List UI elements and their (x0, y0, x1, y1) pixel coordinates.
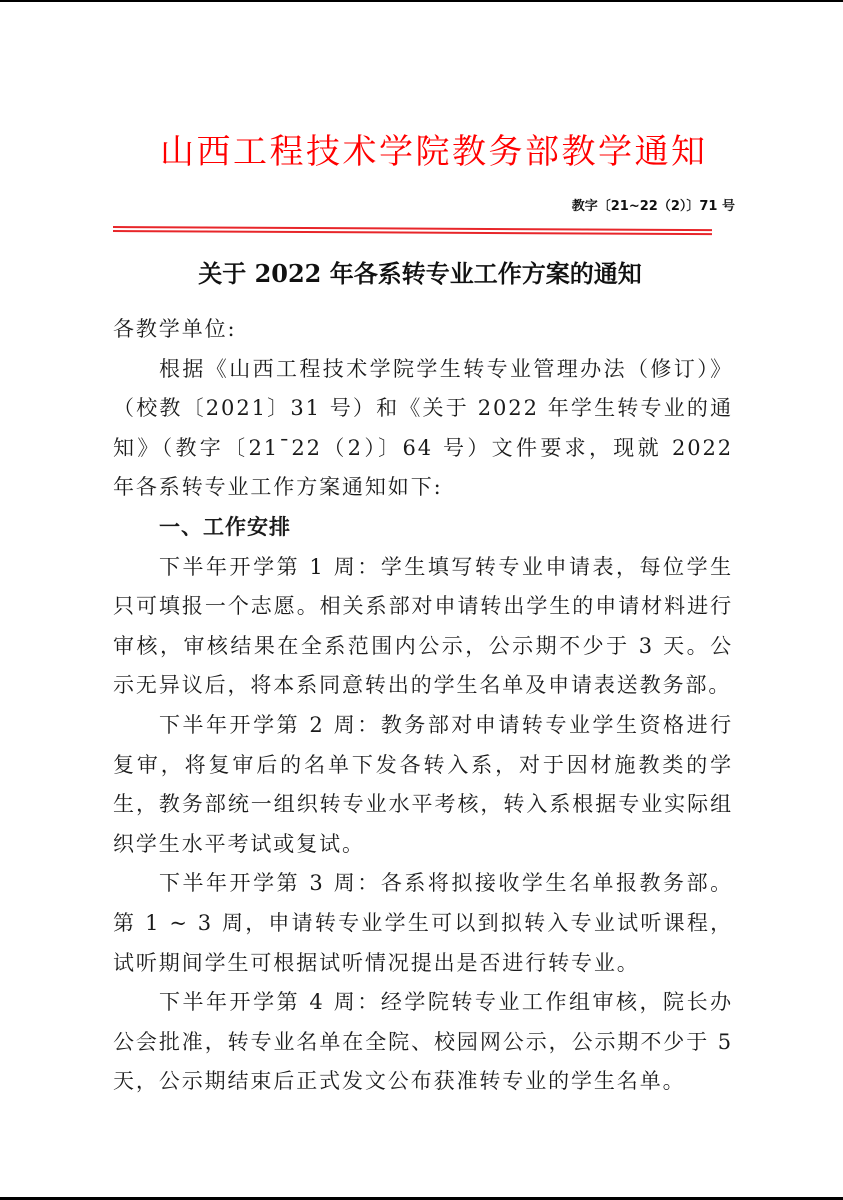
section-heading-work-arrangement: 一、工作安排 (113, 508, 733, 548)
paragraph-week-1: 下半年开学第 1 周：学生填写转专业申请表，每位学生只可填报一个志愿。相关系部对… (113, 548, 733, 706)
paragraph-week-2: 下半年开学第 2 周：教务部对申请转专业学生资格进行复审，将复审后的名单下发各转… (113, 706, 733, 864)
notice-title: 关于 2022 年各系转专业工作方案的通知 (170, 256, 670, 292)
salutation: 各教学单位: (113, 310, 733, 350)
intro-paragraph: 根据《山西工程技术学院学生转专业管理办法（修订）》（校教〔2021〕31 号）和… (113, 350, 733, 508)
document-body: 各教学单位: 根据《山西工程技术学院学生转专业管理办法（修订）》（校教〔2021… (113, 310, 733, 1102)
page-top-border (0, 0, 843, 2)
red-header-divider (113, 226, 712, 236)
paragraph-week-3: 下半年开学第 3 周：各系将拟接收学生名单报教务部。第 1 ~ 3 周，申请转专… (113, 864, 733, 983)
red-rule-lower-line (113, 230, 712, 235)
paragraph-week-4: 下半年开学第 4 周：经学院转专业工作组审核，院长办公会批准，转专业名单在全院、… (113, 983, 733, 1102)
document-number: 教字〔21~22（2）〕71 号 (560, 197, 735, 217)
document-header-title: 山西工程技术学院教务部教学通知 (160, 128, 690, 176)
